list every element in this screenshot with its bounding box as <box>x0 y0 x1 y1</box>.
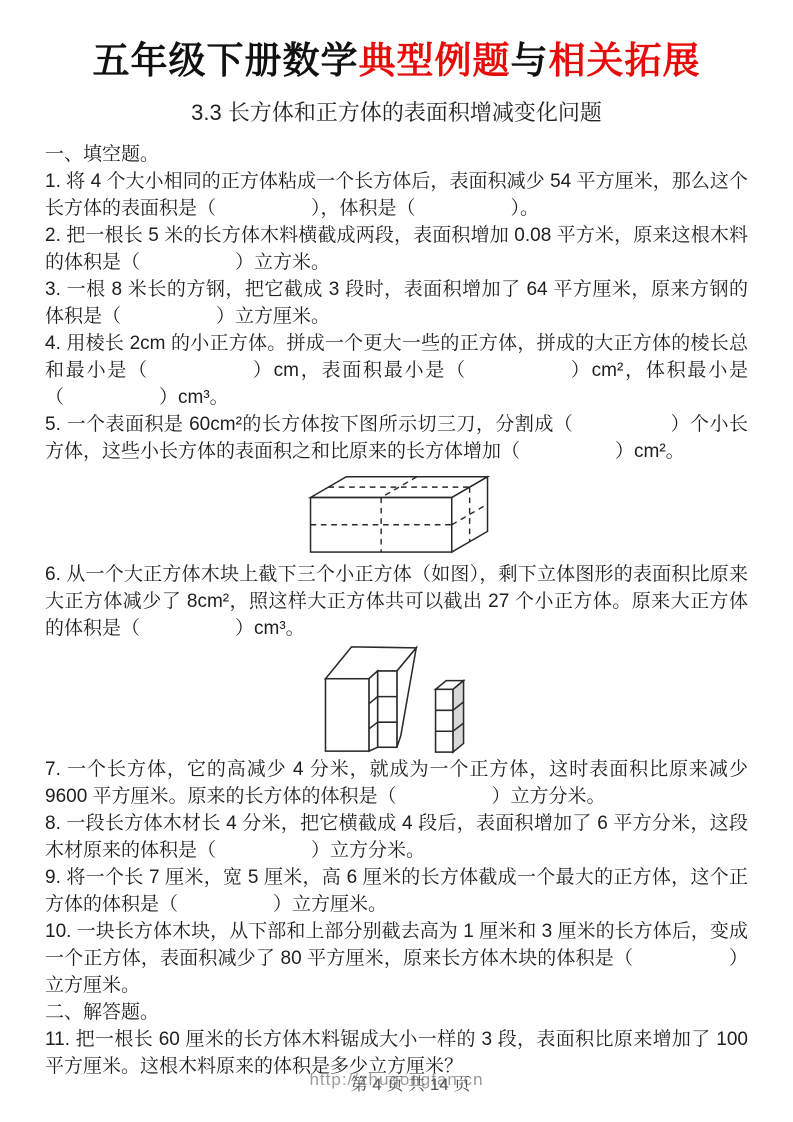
notch-inner-face <box>378 671 397 747</box>
section-heading-solve-problems: 二、解答题。 <box>45 999 748 1026</box>
problem-6: 6. 从一个大正方体木块上截下三个小正方体（如图），剩下立体图形的表面积比原来大… <box>45 561 748 642</box>
stack-right-face <box>453 681 464 752</box>
title-part-extensions: 相关拓展 <box>549 40 701 81</box>
page-title: 五年级下册数学典型例题与相关拓展 <box>0 0 793 84</box>
worksheet-body: 一、填空题。 1. 将 4 个大小相同的正方体粘成一个长方体后，表面积减少 54… <box>0 127 793 1080</box>
cuboid-three-cuts-diagram <box>303 469 496 557</box>
cuboid-top-face <box>311 477 488 498</box>
section-heading-fill-in-blanks: 一、填空题。 <box>45 141 748 168</box>
notch-side-wall <box>369 671 378 751</box>
figure-cube-with-removed-cubes <box>320 643 748 755</box>
page-footer: http://zhugongfan.cn 第 4 页 共 14 页 <box>0 1070 793 1094</box>
stack-front-face <box>436 690 453 753</box>
figure-cuboid-three-cuts <box>303 469 748 557</box>
problem-4: 4. 用棱长 2cm 的小正方体。拼成一个更大一些的正方体，拼成的大正方体的棱长… <box>45 330 748 411</box>
title-part-typical-examples: 典型例题 <box>359 40 511 81</box>
problem-5: 5. 一个表面积是 60cm²的长方体按下图所示切三刀，分割成（ ）个小长方体，… <box>45 411 748 465</box>
problem-2: 2. 把一根长 5 米的长方体木料横截成两段，表面积增加 0.08 平方米，原来… <box>45 222 748 276</box>
worksheet-page: 五年级下册数学典型例题与相关拓展 3.3 长方体和正方体的表面积增减变化问题 一… <box>0 0 793 1122</box>
page-number-label: 第 4 页 共 14 页 <box>14 1070 793 1095</box>
lesson-subtitle: 3.3 长方体和正方体的表面积增减变化问题 <box>0 96 793 127</box>
problem-10: 10. 一块长方体木块，从下部和上部分别截去高为 1 厘米和 3 厘米的长方体后… <box>45 918 748 999</box>
title-part-grade: 五年级下册数学 <box>93 40 359 81</box>
problem-1: 1. 将 4 个大小相同的正方体粘成一个长方体后，表面积减少 54 平方厘米，那… <box>45 168 748 222</box>
problem-8: 8. 一段长方体木材长 4 分米，把它横截成 4 段后，表面积增加了 6 平方分… <box>45 810 748 864</box>
cube-with-removed-cubes-diagram <box>320 643 470 755</box>
big-cube-front-face <box>325 679 368 751</box>
problem-3: 3. 一根 8 米长的方钢，把它截成 3 段时，表面积增加了 64 平方厘米，原… <box>45 276 748 330</box>
problem-7: 7. 一个长方体，它的高减少 4 分米，就成为一个正方体，这时表面积比原来减少 … <box>45 756 748 810</box>
title-part-and: 与 <box>511 40 549 81</box>
problem-9: 9. 将一个长 7 厘米，宽 5 厘米，高 6 厘米的长方体截成一个最大的正方体… <box>45 864 748 918</box>
